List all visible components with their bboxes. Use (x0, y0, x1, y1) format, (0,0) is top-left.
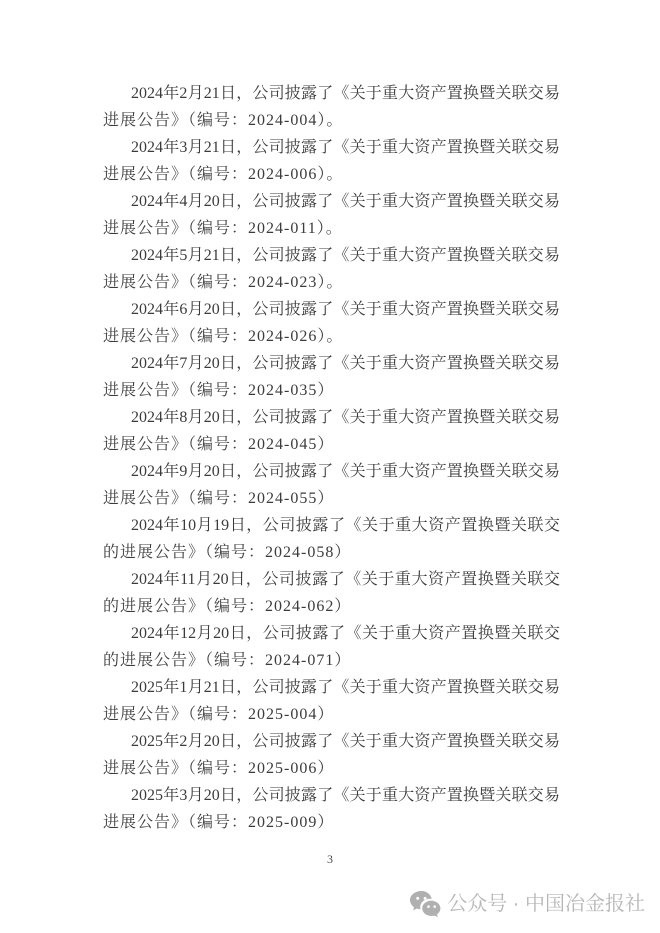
announcement-line1: 2024年9月20日，公司披露了《关于重大资产置换暨关联交易的 (103, 458, 560, 485)
announcement-paragraph: 2024年6月20日，公司披露了《关于重大资产置换暨关联交易的 进展公告》（编号… (103, 296, 560, 350)
announcement-line2: 进展公告》（编号：2025-004） (103, 701, 560, 728)
watermark-label: 公众号 · 中国冶金报社 (447, 888, 645, 920)
announcement-line1: 2025年1月21日，公司披露了《关于重大资产置换暨关联交易的 (103, 674, 560, 701)
announcement-line2: 进展公告》（编号：2024-011）。 (103, 215, 560, 242)
announcement-paragraph: 2025年3月20日，公司披露了《关于重大资产置换暨关联交易的 进展公告》（编号… (103, 782, 560, 836)
announcement-line1: 2024年11月20日，公司披露了《关于重大资产置换暨关联交易 (103, 566, 560, 593)
announcement-line2: 进展公告》（编号：2024-004）。 (103, 107, 560, 134)
document-page: 2024年2月21日，公司披露了《关于重大资产置换暨关联交易的 进展公告》（编号… (0, 0, 660, 933)
announcement-paragraph: 2025年2月20日，公司披露了《关于重大资产置换暨关联交易的 进展公告》（编号… (103, 728, 560, 782)
announcement-line1: 2024年8月20日，公司披露了《关于重大资产置换暨关联交易的 (103, 404, 560, 431)
announcement-line1: 2024年6月20日，公司披露了《关于重大资产置换暨关联交易的 (103, 296, 560, 323)
announcement-paragraph: 2024年10月19日，公司披露了《关于重大资产置换暨关联交易 的进展公告》（编… (103, 512, 560, 566)
announcement-line2: 的进展公告》（编号：2024-058） (103, 539, 560, 566)
announcement-paragraph: 2024年7月20日，公司披露了《关于重大资产置换暨关联交易的 进展公告》（编号… (103, 350, 560, 404)
announcement-line2: 进展公告》（编号：2024-026）。 (103, 323, 560, 350)
announcement-line2: 进展公告》（编号：2025-009） (103, 809, 560, 836)
announcement-line1: 2024年4月20日，公司披露了《关于重大资产置换暨关联交易的 (103, 188, 560, 215)
announcement-line2: 的进展公告》（编号：2024-062） (103, 593, 560, 620)
announcement-line1: 2024年7月20日，公司披露了《关于重大资产置换暨关联交易的 (103, 350, 560, 377)
page-number: 3 (0, 851, 660, 867)
announcement-paragraph: 2024年4月20日，公司披露了《关于重大资产置换暨关联交易的 进展公告》（编号… (103, 188, 560, 242)
announcement-paragraph: 2024年11月20日，公司披露了《关于重大资产置换暨关联交易 的进展公告》（编… (103, 566, 560, 620)
announcement-line2: 进展公告》（编号：2024-045） (103, 431, 560, 458)
announcement-paragraph: 2024年8月20日，公司披露了《关于重大资产置换暨关联交易的 进展公告》（编号… (103, 404, 560, 458)
document-body: 2024年2月21日，公司披露了《关于重大资产置换暨关联交易的 进展公告》（编号… (103, 80, 560, 836)
announcement-line2: 进展公告》（编号：2025-006） (103, 755, 560, 782)
announcement-paragraph: 2024年5月21日，公司披露了《关于重大资产置换暨关联交易的 进展公告》（编号… (103, 242, 560, 296)
announcement-line2: 进展公告》（编号：2024-006）。 (103, 161, 560, 188)
watermark-badge: 公众号 · 中国冶金报社 (409, 888, 645, 920)
announcement-line2: 进展公告》（编号：2024-023）。 (103, 269, 560, 296)
announcement-paragraph: 2024年3月21日，公司披露了《关于重大资产置换暨关联交易的 进展公告》（编号… (103, 134, 560, 188)
announcement-line2: 进展公告》（编号：2024-055） (103, 485, 560, 512)
announcement-line1: 2024年5月21日，公司披露了《关于重大资产置换暨关联交易的 (103, 242, 560, 269)
announcement-line1: 2024年3月21日，公司披露了《关于重大资产置换暨关联交易的 (103, 134, 560, 161)
announcement-line1: 2025年3月20日，公司披露了《关于重大资产置换暨关联交易的 (103, 782, 560, 809)
wechat-icon (409, 889, 441, 919)
announcement-line2: 进展公告》（编号：2024-035） (103, 377, 560, 404)
announcement-line1: 2024年2月21日，公司披露了《关于重大资产置换暨关联交易的 (103, 80, 560, 107)
announcement-paragraph: 2024年9月20日，公司披露了《关于重大资产置换暨关联交易的 进展公告》（编号… (103, 458, 560, 512)
announcement-paragraph: 2024年12月20日，公司披露了《关于重大资产置换暨关联交易 的进展公告》（编… (103, 620, 560, 674)
announcement-line1: 2024年12月20日，公司披露了《关于重大资产置换暨关联交易 (103, 620, 560, 647)
announcement-line1: 2024年10月19日，公司披露了《关于重大资产置换暨关联交易 (103, 512, 560, 539)
announcement-line2: 的进展公告》（编号：2024-071） (103, 647, 560, 674)
announcement-paragraph: 2024年2月21日，公司披露了《关于重大资产置换暨关联交易的 进展公告》（编号… (103, 80, 560, 134)
announcement-paragraph: 2025年1月21日，公司披露了《关于重大资产置换暨关联交易的 进展公告》（编号… (103, 674, 560, 728)
announcement-line1: 2025年2月20日，公司披露了《关于重大资产置换暨关联交易的 (103, 728, 560, 755)
